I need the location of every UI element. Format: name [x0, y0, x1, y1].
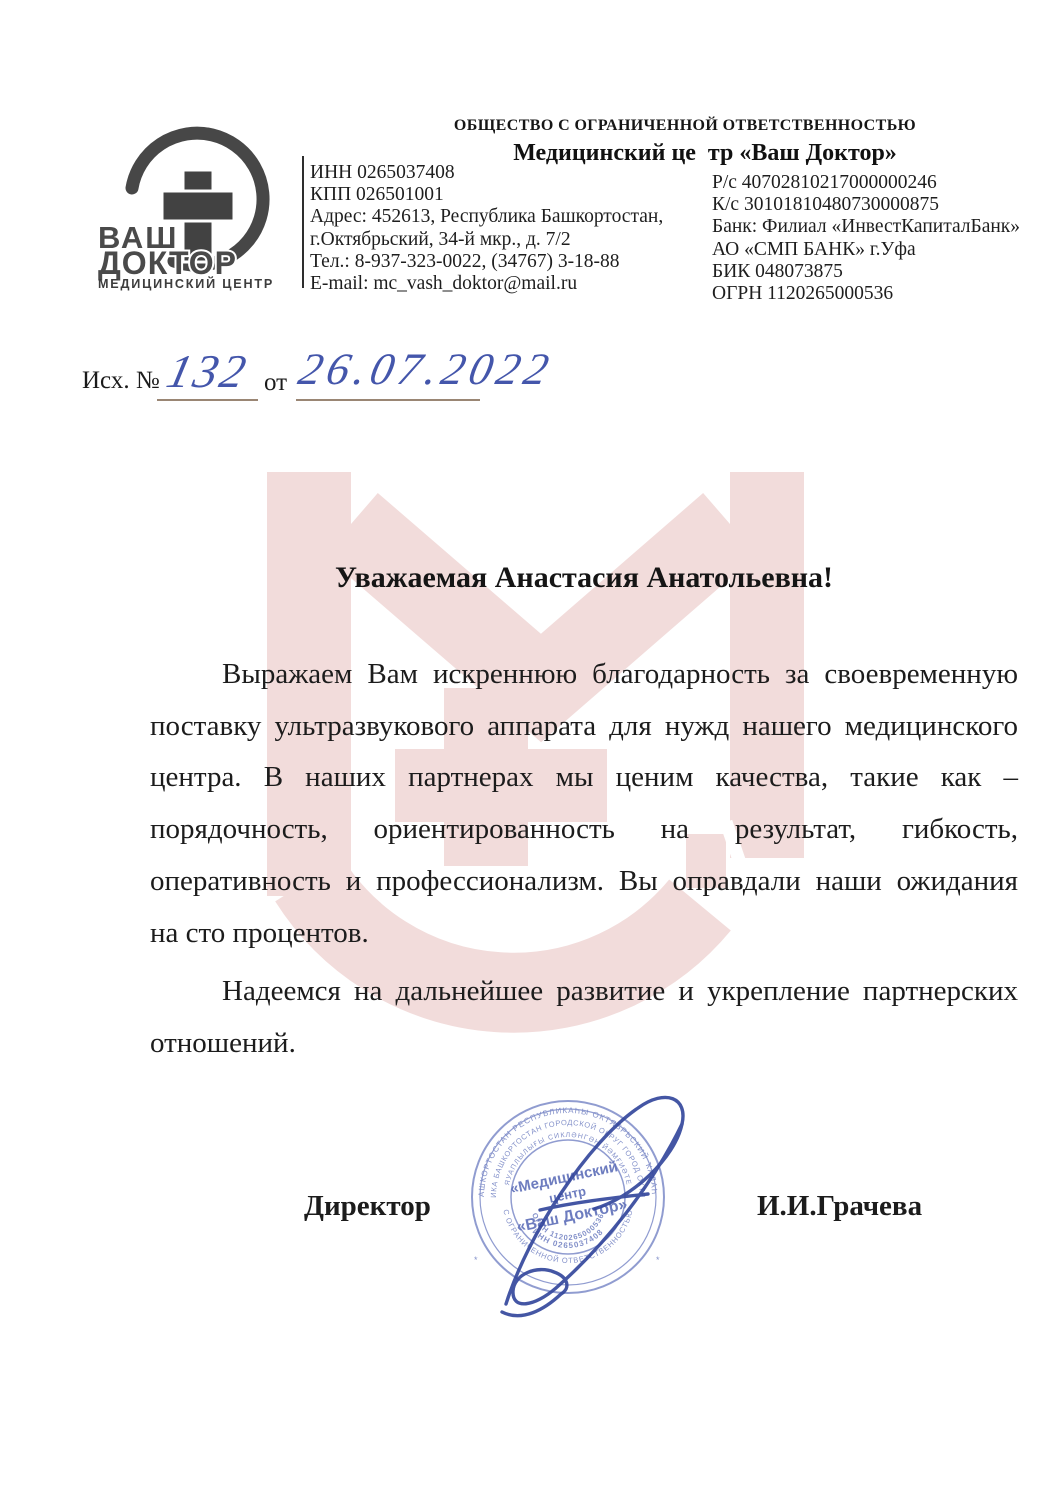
logo-subtitle: МЕДИЦИНСКИЙ ЦЕНТР: [98, 276, 274, 291]
detail-rs: Р/с 40702810217000000246: [712, 172, 1020, 194]
body-line: порядочность, ориентированность на резул…: [150, 804, 1018, 856]
body-line: Надеемся на дальнейшее развитие и укрепл…: [150, 966, 1018, 1018]
body-line: оперативность и профессионализм. Вы опра…: [150, 856, 1018, 908]
detail-address-2: г.Октябрьский, 34-й мкр., д. 7/2: [310, 229, 663, 251]
company-logo: ВАШ ДОКТОР МЕДИЦИНСКИЙ ЦЕНТР: [88, 125, 305, 295]
body-line: Выражаем Вам искреннюю благодарность за …: [150, 649, 1018, 701]
detail-ogrn: ОГРН 1120265000536: [712, 283, 1020, 305]
ref-from-label: от: [264, 369, 287, 397]
ref-number-label: Исх. №: [82, 367, 160, 395]
ref-number-underline: [157, 399, 258, 401]
body-line: центра. В наших партнерах мы ценим качес…: [150, 752, 1018, 804]
paragraph-1: Выражаем Вам искреннюю благодарность за …: [150, 649, 1018, 959]
logo-word2: ДОКТОР: [98, 245, 237, 281]
body-line: на сто процентов.: [150, 908, 1018, 960]
ref-date-handwritten: 26.07.2022: [294, 343, 559, 395]
signer-title: Директор: [304, 1190, 431, 1223]
detail-bank-1: Банк: Филиал «ИнвестКапиталБанк»: [712, 216, 1020, 238]
stamp-and-signature: БАШКОРТОСТАН РЕСПУБЛИКАҺЫ ОКТЯБРЬСКИЙ ҠА…: [440, 1078, 730, 1328]
detail-address-1: Адрес: 452613, Республика Башкортостан,: [310, 206, 663, 228]
stamp-star: *: [474, 1255, 478, 1265]
header-divider: [302, 156, 304, 288]
salutation: Уважаемая Анастасия Анатольевна!: [150, 561, 1018, 595]
company-details-right: Р/с 40702810217000000246 К/с 30101810480…: [712, 172, 1020, 305]
signer-name: И.И.Грачева: [757, 1190, 922, 1223]
org-type-line: ОБЩЕСТВО С ОГРАНИЧЕННОЙ ОТВЕТСТВЕННОСТЬЮ: [450, 117, 920, 135]
letter-page: ВАШ ДОКТОР МЕДИЦИНСКИЙ ЦЕНТР ОБЩЕСТВО С …: [0, 0, 1060, 1500]
detail-bank-2: АО «СМП БАНК» г.Уфа: [712, 239, 1020, 261]
detail-ks: К/с 30101810480730000875: [712, 194, 1020, 216]
detail-phone: Тел.: 8-937-323-0022, (34767) 3-18-88: [310, 251, 663, 273]
paragraph-2: Надеемся на дальнейшее развитие и укрепл…: [150, 966, 1018, 1069]
company-details-left: ИНН 0265037408 КПП 026501001 Адрес: 4526…: [310, 162, 663, 295]
body-line: отношений.: [150, 1018, 1018, 1070]
ref-date-underline: [296, 399, 480, 401]
detail-bik: БИК 048073875: [712, 261, 1020, 283]
ref-number-handwritten: 132: [162, 345, 254, 399]
detail-inn: ИНН 0265037408: [310, 162, 663, 184]
detail-kpp: КПП 026501001: [310, 184, 663, 206]
stamp-star: *: [656, 1255, 660, 1265]
body-line: поставку ультразвукового аппарата для ну…: [150, 701, 1018, 753]
detail-email: E-mail: mc_vash_doktor@mail.ru: [310, 273, 663, 295]
